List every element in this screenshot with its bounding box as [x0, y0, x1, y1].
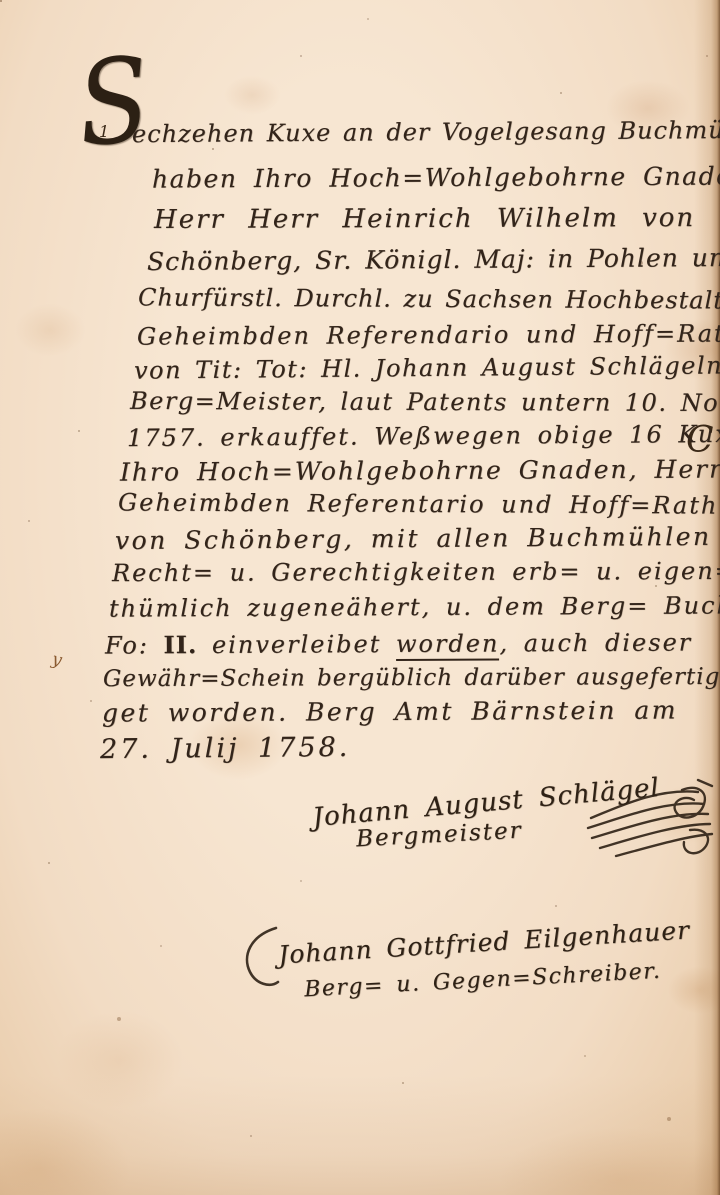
manuscript-line: Gewähr=Schein bergüblich darüber ausgefe…: [103, 664, 720, 693]
manuscript-line: Recht= u. Gerechtigkeiten erb= u. eigen=: [112, 558, 720, 588]
manuscript-line: Berg=Meister, laut Patents untern 10. No…: [130, 388, 720, 418]
manuscript-line: thümlich zugeneähert, u. dem Berg= Buche: [109, 592, 720, 623]
folio-mid-text: einverleibet: [197, 630, 396, 659]
manuscript-line: Ihro Hoch=Wohlgebohrne Gnaden, Herrn: [120, 455, 720, 487]
manuscript-line: 1757. erkauffet. Weßwegen obige 16 Kuxe: [127, 421, 720, 453]
manuscript-line: Geheimbden Referentario und Hoff=Rath: [118, 489, 718, 520]
manuscript-line: von Schönberg, mit allen Buchmühlen: [115, 523, 712, 556]
manuscript-line: haben Ihro Hoch=Wohlgebohrne Gnaden: [152, 162, 720, 194]
manuscript-line: echzehen Kuxe an der Vogelgesang Buchmüh…: [132, 117, 720, 149]
folio-label: Fo:: [105, 631, 164, 659]
signature-paraph-flourish: [586, 770, 716, 865]
manuscript-date-line: 27. Julij 1758.: [100, 732, 351, 765]
manuscript-line-folio: Fo: II. einverleibet worden, auch dieser: [105, 628, 692, 660]
initial-number-mark: 1: [99, 122, 109, 141]
manuscript-line: Schönberg, Sr. Königl. Maj: in Pohlen un…: [147, 244, 720, 277]
paper-specks: [0, 0, 2, 2]
folio-post-text: , auch dieser: [499, 628, 692, 657]
manuscript-page: S 1 y C echzehen Kuxe an der Vogelgesang…: [0, 0, 720, 1195]
underlined-word: worden: [396, 629, 500, 661]
margin-mark: y: [50, 649, 64, 671]
manuscript-line: get worden. Berg Amt Bärnstein am: [102, 696, 678, 728]
folio-roman-numeral: II.: [163, 630, 197, 659]
manuscript-line: Herr Herr Heinrich Wilhelm von: [154, 204, 695, 236]
manuscript-line: Geheimbden Referendario und Hoff=Rath: [137, 320, 720, 351]
signature-schreiber-title: Berg= u. Gegen=Schreiber.: [304, 959, 662, 1003]
signature-opening-flourish: [236, 922, 280, 994]
manuscript-line: Churfürstl. Durchl. zu Sachsen Hochbesta…: [138, 284, 720, 315]
manuscript-line: von Tit: Tot: Hl. Johann August Schlägel…: [134, 352, 720, 385]
